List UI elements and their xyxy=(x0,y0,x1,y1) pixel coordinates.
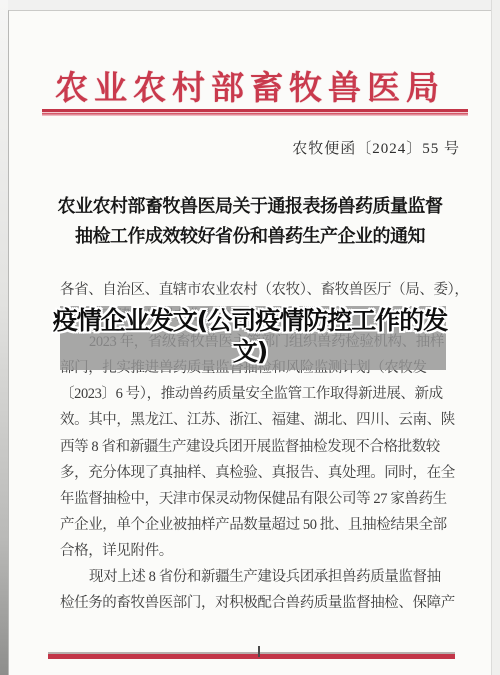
body-line: 现对上述 8 省份和新疆生产建设兵团承担兽药质量监督抽 xyxy=(60,564,452,590)
body-line: 西等 8 省和新疆生产建设兵团开展监督抽检发现不合格批数较 xyxy=(60,434,452,460)
document-title-line-1: 农业农村部畜牧兽医局关于通报表扬兽药质量监督 xyxy=(30,191,470,221)
body-line: 年监督抽检中，天津市保灵动物保健品有限公司等 27 家兽药生 xyxy=(60,486,452,512)
letterhead-title: 农业农村部畜牧兽医局 xyxy=(0,62,500,109)
body-line: 各省、自治区、直辖市农业农村（农牧）、畜牧兽医厅（局、委）， xyxy=(60,277,452,303)
document-number: 农牧便函〔2024〕55 号 xyxy=(0,137,460,158)
letterhead-divider-rule xyxy=(42,109,468,116)
document-title-line-2: 抽检工作成效较好省份和兽药生产企业的通知 xyxy=(30,221,470,251)
body-line: 合格，详见附件。 xyxy=(60,538,452,564)
scanned-document-view: 农业农村部畜牧兽医局 农牧便函〔2024〕55 号 农业农村部畜牧兽医局关于通报… xyxy=(0,0,500,675)
body-line: 效。其中，黑龙江、江苏、浙江、福建、湖北、四川、云南、陕 xyxy=(60,407,452,433)
watermark-caption-line-2: 文) xyxy=(40,336,460,367)
watermark-caption: 疫情企业发文(公司疫情防控工作的发 文) xyxy=(40,305,460,367)
watermark-caption-line-1: 疫情企业发文(公司疫情防控工作的发 xyxy=(40,305,460,336)
body-line: 产企业，单个企业被抽样产品数量超过 50 批、且抽检结果全部 xyxy=(60,512,452,538)
body-line: 〔2023〕6 号），推动兽药质量安全监管工作取得新进展、新成 xyxy=(60,381,452,407)
body-line: 多，充分体现了真抽样、真检验、真报告、真处理。同时，在全 xyxy=(60,460,452,486)
body-line: 检任务的畜牧兽医部门，对积极配合兽药质量监督抽检、保障产 xyxy=(60,590,452,616)
footer-center-tick xyxy=(258,646,260,657)
footer-divider-rule xyxy=(48,652,455,659)
document-title: 农业农村部畜牧兽医局关于通报表扬兽药质量监督 抽检工作成效较好省份和兽药生产企业… xyxy=(30,191,470,251)
